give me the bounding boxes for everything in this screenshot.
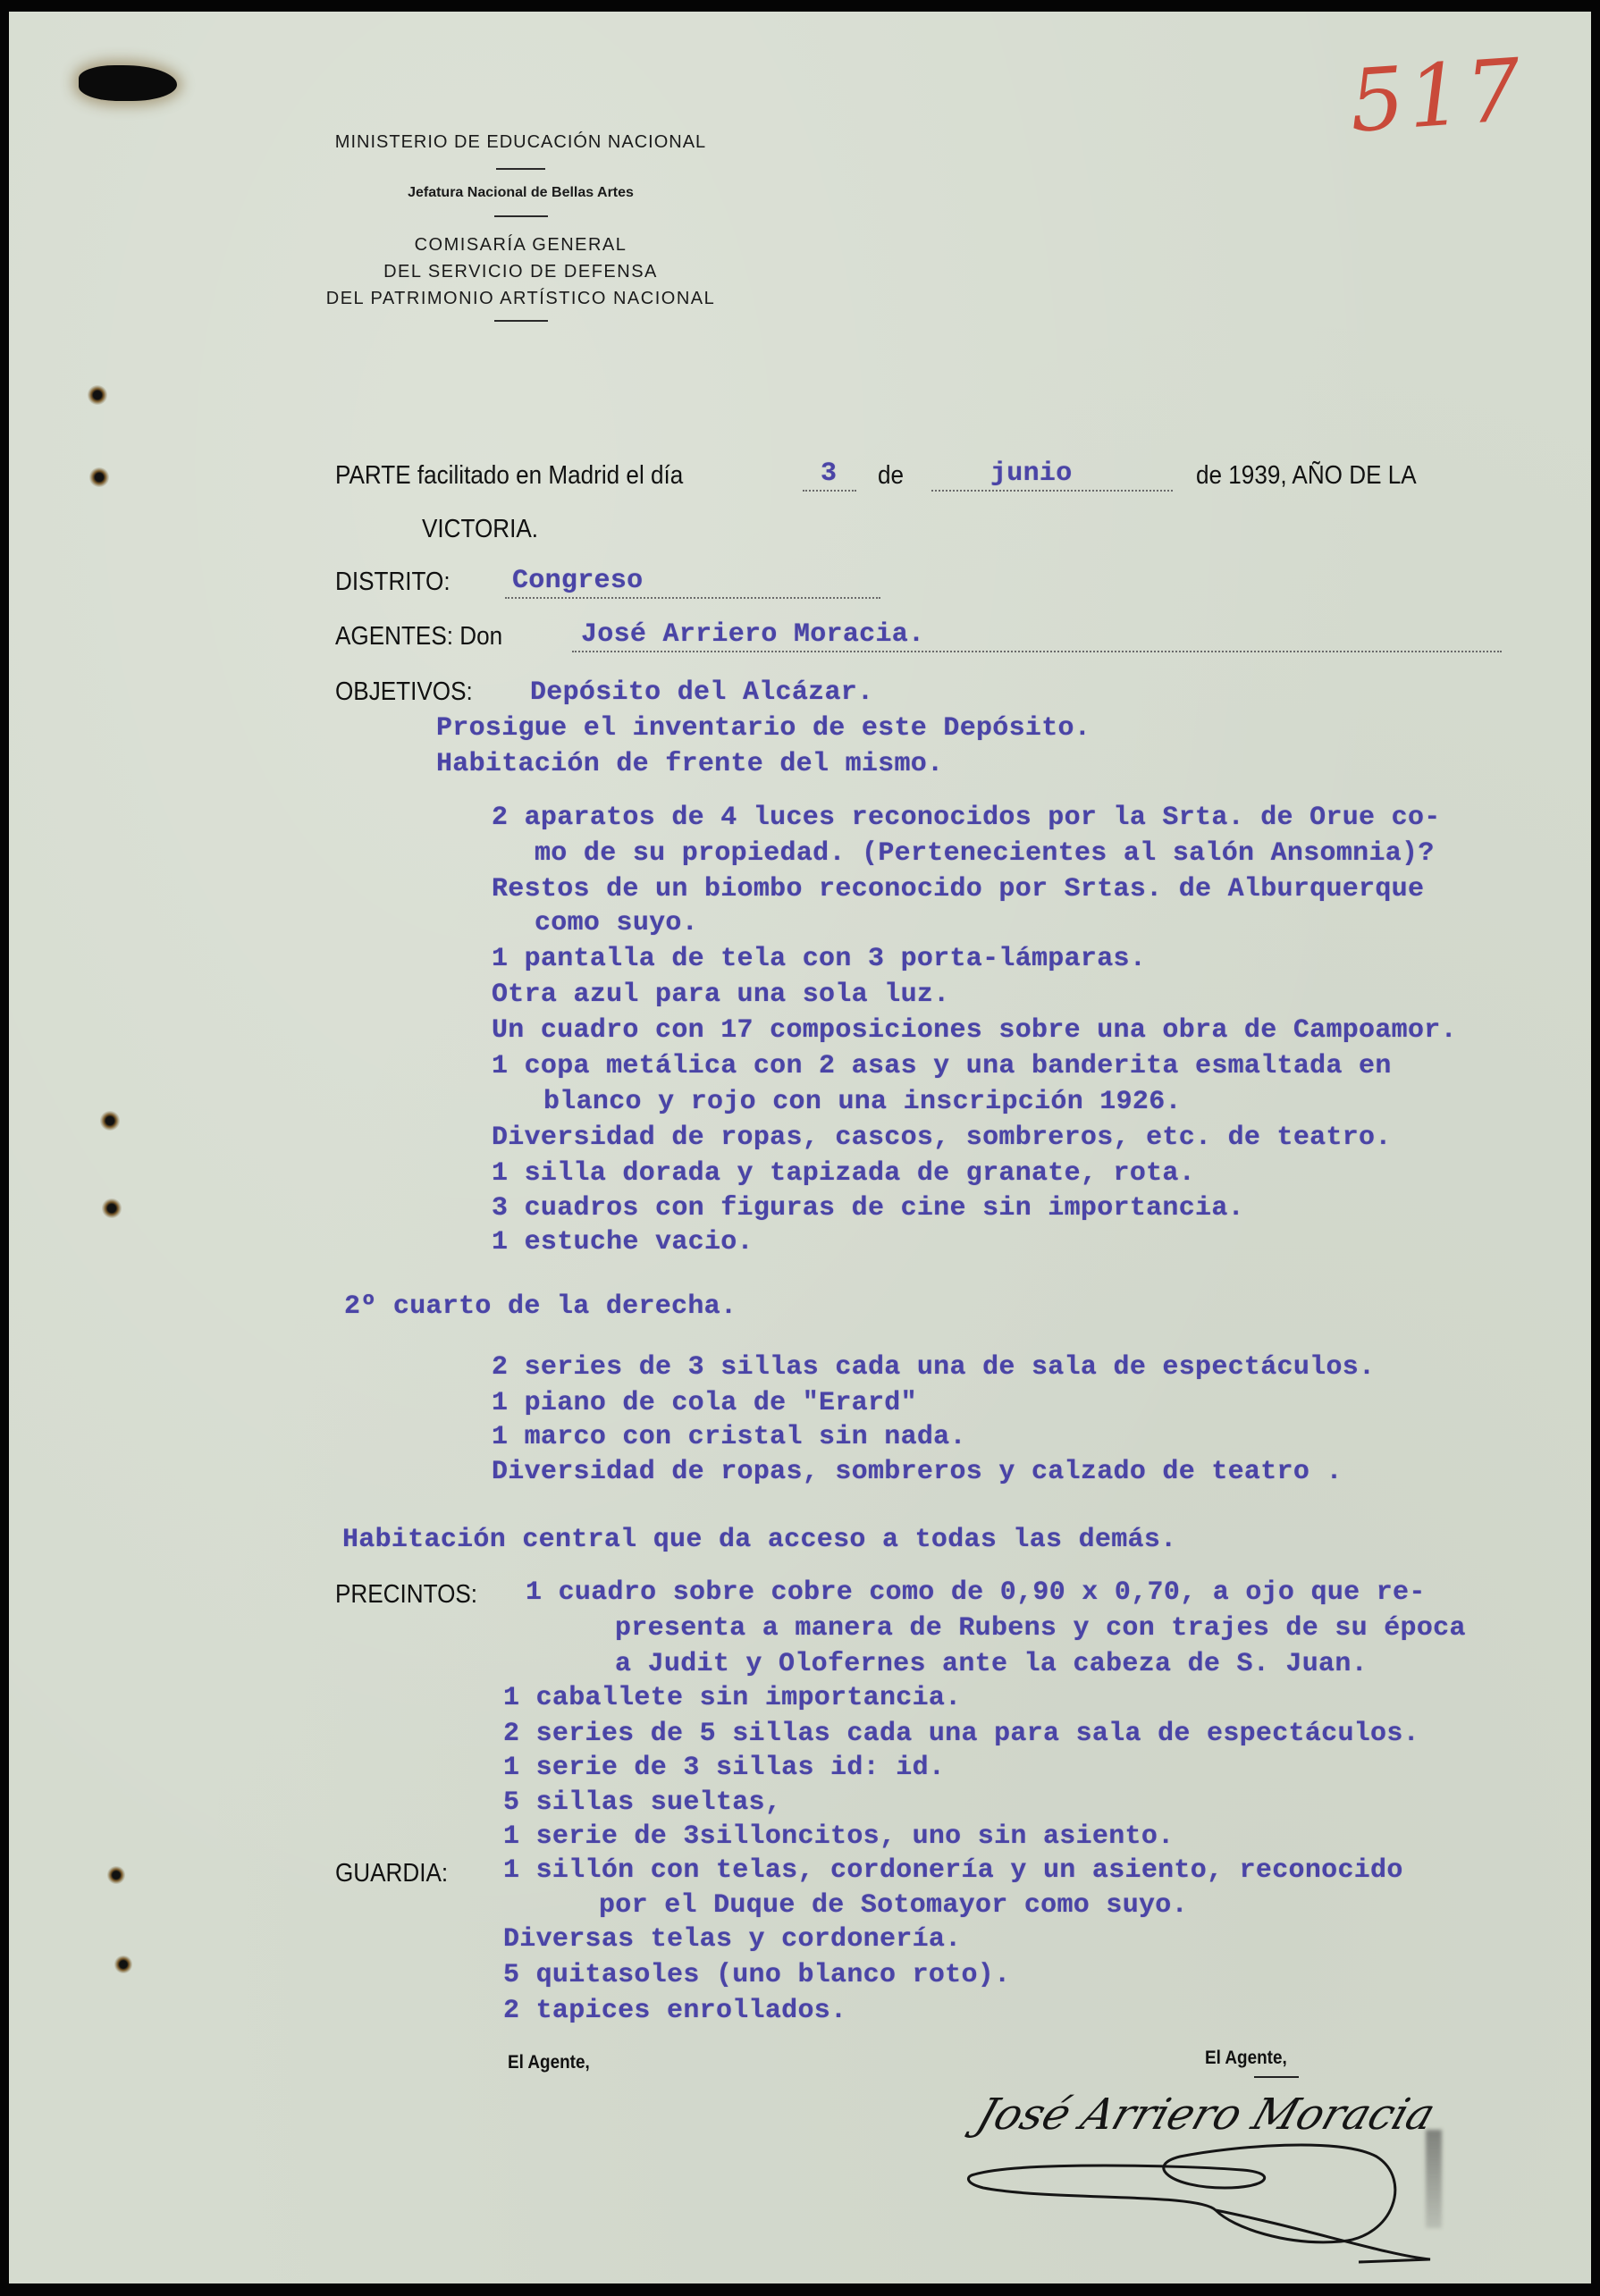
punch-hole [100,1111,120,1131]
punch-hole [89,467,109,487]
letterhead-commission: COMISARÍA GENERAL DEL SERVICIO DE DEFENS… [9,231,1032,312]
inventory-line: 5 quitasoles (uno blanco roto). [503,1960,1010,1990]
inventory-line: 1 marco con cristal sin nada. [492,1422,966,1452]
inventory-line: Otra azul para una sola luz. [492,980,949,1010]
inventory-line: 1 pantalla de tela con 3 porta-lámparas. [492,944,1146,974]
distrito-value: Congreso [512,566,643,596]
signature-underline [1254,2076,1299,2078]
room-heading: 2º cuarto de la derecha. [344,1291,737,1322]
dotted-line [803,490,856,492]
letterhead-divider [496,168,545,170]
document-page: 517 MINISTERIO DE EDUCACIÓN NACIONAL Jef… [9,12,1591,2283]
inventory-line: 1 serie de 3silloncitos, uno sin asiento… [503,1821,1174,1852]
inventory-line: como suyo. [535,908,698,938]
letterhead-ministry: MINISTERIO DE EDUCACIÓN NACIONAL [9,132,1032,153]
inventory-line: 1 serie de 3 sillas id: id. [503,1753,945,1783]
inventory-line: presenta a manera de Rubens y con trajes… [615,1613,1466,1644]
inventory-line: 2 series de 3 sillas cada una de sala de… [492,1352,1375,1383]
inventory-line: Diversidad de ropas, sombreros y calzado… [492,1457,1343,1487]
inventory-line: 5 sillas sueltas, [503,1787,781,1818]
objetivo-line: Habitación de frente del mismo. [436,749,943,779]
inventory-line: Un cuadro con 17 composiciones sobre una… [492,1015,1457,1046]
inventory-line: 2 tapices enrollados. [503,1996,846,2026]
agentes-value: José Arriero Moracia. [581,619,924,650]
inventory-line: blanco y rojo con una inscripción 1926. [543,1087,1182,1117]
inventory-line: 3 cuadros con figuras de cine sin import… [492,1193,1244,1224]
inventory-line: 1 silla dorada y tapizada de granate, ro… [492,1158,1195,1189]
inventory-line: mo de su propiedad. (Pertenecientes al s… [535,838,1435,869]
day-value: 3 [821,458,837,489]
objetivo-line: Prosigue el inventario de este Depósito. [436,713,1091,744]
intro-label: PARTE facilitado en Madrid el día [335,461,683,491]
agentes-label: AGENTES: Don [335,622,502,652]
inventory-line: 1 copa metálica con 2 asas y una banderi… [492,1051,1392,1081]
ink-smudge [1426,2130,1442,2228]
punch-hole [114,1955,132,1973]
dotted-line [931,490,1173,492]
signature-flourish [965,2139,1502,2273]
inventory-line: 2 series de 5 sillas cada una para sala … [503,1719,1419,1749]
inventory-line: Diversidad de ropas, cascos, sombreros, … [492,1123,1392,1153]
inventory-line: 1 caballete sin importancia. [503,1683,961,1713]
letterhead-department: Jefatura Nacional de Bellas Artes [9,185,1032,201]
precintos-label: PRECINTOS: [335,1580,477,1610]
guardia-label: GUARDIA: [335,1859,448,1888]
inventory-line: 1 piano de cola de "Erard" [492,1388,917,1418]
year-label: de 1939, AÑO DE LA [1196,461,1417,491]
distrito-label: DISTRITO: [335,568,451,597]
inventory-line: por el Duque de Sotomayor como suyo. [599,1890,1188,1921]
objetivo-line: Depósito del Alcázar. [530,677,873,708]
inventory-line: 1 cuadro sobre cobre como de 0,90 x 0,70… [526,1577,1426,1608]
inventory-line: Restos de un biombo reconocido por Srtas… [492,874,1424,904]
dotted-line [572,651,1502,652]
punch-hole [88,385,107,405]
inventory-line: 1 sillón con telas, cordonería y un asie… [503,1855,1403,1886]
letterhead-divider [494,215,548,217]
victoria-label: VICTORIA. [422,515,538,544]
punch-hole [107,1866,125,1884]
inventory-line: Diversas telas y cordonería. [503,1924,961,1955]
dotted-line [505,597,880,599]
torn-hole [79,65,177,101]
signature-label-right: El Agente, [1205,2048,1287,2069]
room-heading: Habitación central que da acceso a todas… [342,1525,1176,1555]
letterhead-divider [494,320,548,322]
de-label: de [878,461,904,491]
handwritten-signature: José Arriero Moracia [971,2090,1442,2140]
inventory-line: a Judit y Olofernes ante la cabeza de S.… [615,1649,1368,1679]
objetivos-label: OBJETIVOS: [335,677,473,707]
punch-hole [102,1198,122,1218]
inventory-line: 2 aparatos de 4 luces reconocidos por la… [492,803,1441,833]
month-value: junio [990,458,1073,489]
inventory-line: 1 estuche vacio. [492,1227,754,1257]
signature-label-left: El Agente, [508,2052,590,2073]
folio-number: 517 [1346,39,1528,151]
